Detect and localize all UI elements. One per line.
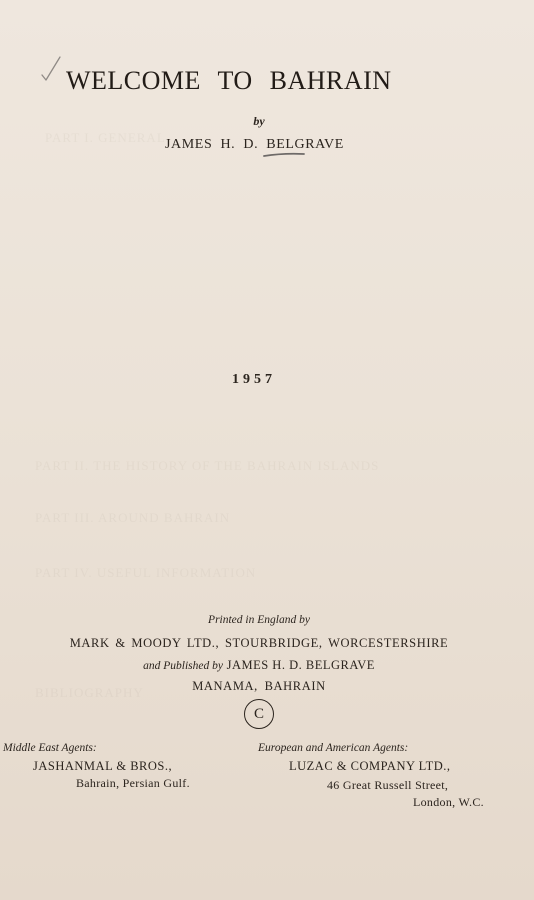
middle-east-agent-name: JASHANMAL & BROS., — [33, 759, 172, 774]
published-label: and Published by — [143, 660, 223, 672]
middle-east-agent-address: Bahrain, Persian Gulf. — [76, 776, 190, 791]
copyright-icon: C — [244, 699, 274, 729]
author-name: JAMES H. D. BELGRAVE — [165, 137, 344, 153]
european-agent-address-line2: London, W.C. — [413, 795, 484, 810]
showthrough-text: PART IV. USEFUL INFORMATION — [35, 565, 256, 581]
checkmark-icon — [40, 55, 62, 83]
publisher-name: JAMES H. D. BELGRAVE — [227, 658, 375, 672]
european-agent-address-line1: 46 Great Russell Street, — [327, 778, 448, 793]
book-title: WELCOME TO BAHRAIN — [66, 66, 392, 96]
published-line: and Published by JAMES H. D. BELGRAVE — [0, 658, 518, 673]
by-label: by — [0, 114, 518, 129]
showthrough-text: PART I. GENERAL — [45, 130, 166, 146]
underline-icon — [263, 152, 305, 158]
showthrough-text: PART III. AROUND BAHRAIN — [35, 510, 230, 526]
publication-place: MANAMA, BAHRAIN — [0, 679, 518, 694]
showthrough-text: PART II. THE HISTORY OF THE BAHRAIN ISLA… — [35, 458, 379, 474]
printer-name: MARK & MOODY LTD., STOURBRIDGE, WORCESTE… — [0, 636, 518, 651]
printed-label: Printed in England by — [0, 614, 518, 626]
european-agents-label: European and American Agents: — [258, 742, 408, 754]
european-agent-name: LUZAC & COMPANY LTD., — [289, 759, 451, 774]
title-page: PART I. GENERAL PART II. THE HISTORY OF … — [0, 0, 534, 900]
publication-year: 1957 — [232, 372, 276, 388]
middle-east-agents-label: Middle East Agents: — [3, 742, 97, 754]
